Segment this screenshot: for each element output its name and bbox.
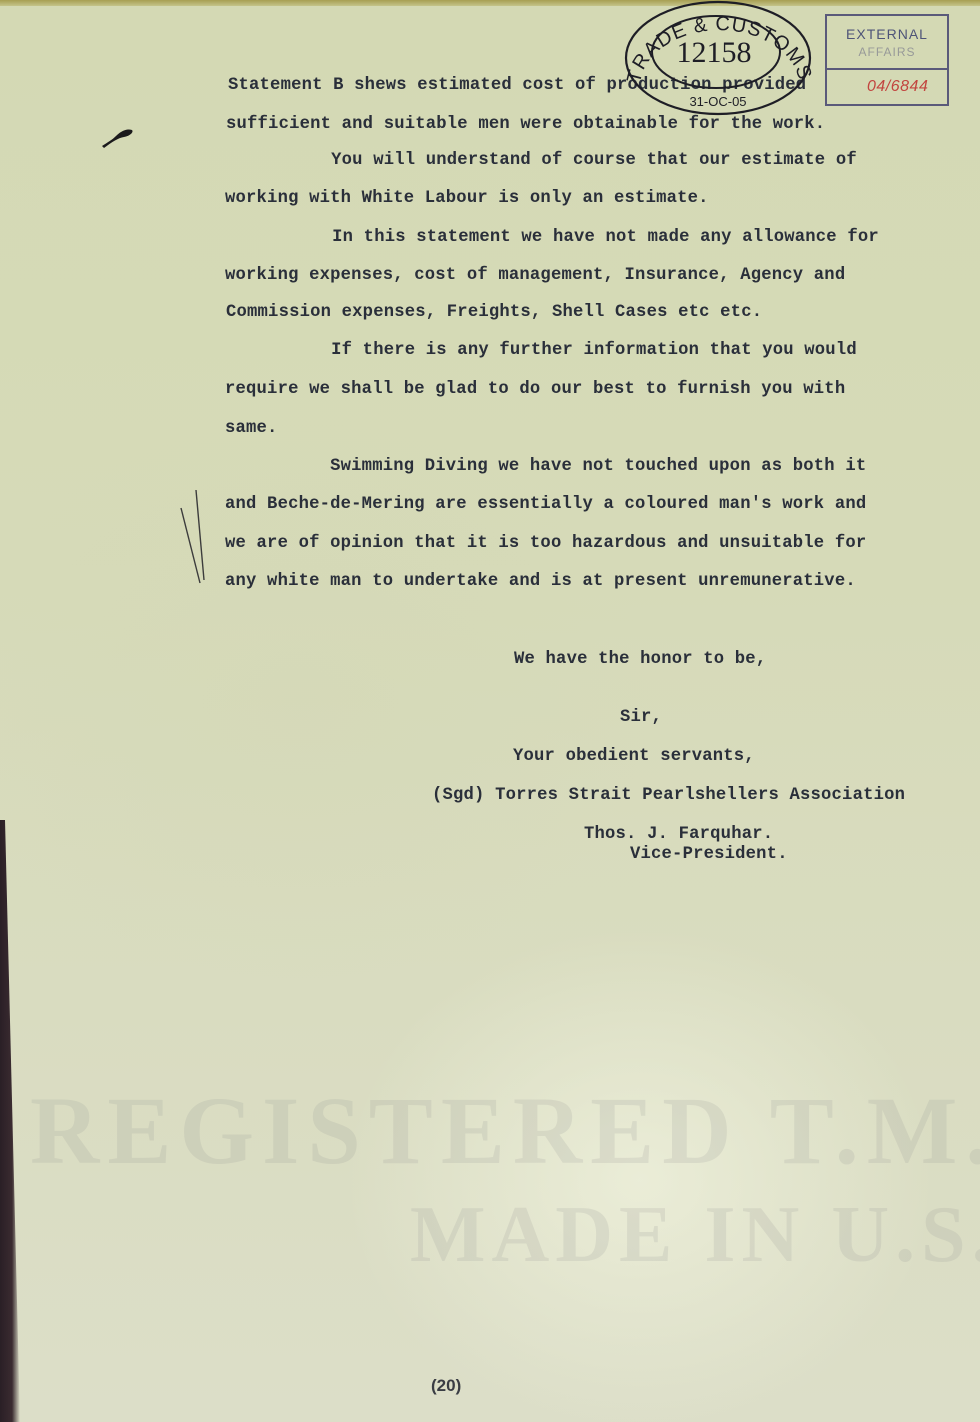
body-line-14: any white man to undertake and is at pre… — [225, 572, 856, 591]
body-line-7: Commission expenses, Freights, Shell Cas… — [226, 303, 762, 322]
watermark-line-1: REGISTERED T.M. — [30, 1075, 980, 1186]
body-line-10: same. — [225, 419, 278, 438]
body-line-12: and Beche-de-Mering are essentially a co… — [225, 495, 866, 514]
body-line-2: sufficient and suitable men were obtaina… — [226, 115, 825, 134]
document-page: REGISTERED T.M. MADE IN U.S.A. Statement… — [0, 0, 980, 1422]
body-line-8: If there is any further information that… — [226, 341, 857, 360]
page-edge-shadow — [0, 820, 20, 1422]
body-line-5: In this statement we have not made any a… — [227, 228, 879, 247]
stamp-reference-number: 04/6844 — [867, 78, 928, 96]
customs-stamp-oval-icon: TRADE & CUSTOMS 12158 31-OC-05 — [622, 0, 814, 116]
signatory-title: Vice-President. — [630, 845, 788, 864]
stamp-line-2: AFFAIRS — [827, 45, 947, 59]
stamp-divider — [827, 68, 947, 70]
closing-salutation: We have the honor to be, — [514, 650, 766, 669]
signatory-name: Thos. J. Farquhar. — [584, 825, 773, 844]
svg-text:12158: 12158 — [677, 36, 752, 69]
ink-blot-icon — [100, 124, 136, 150]
signatory-org: (Sgd) Torres Strait Pearlshellers Associ… — [432, 786, 905, 805]
body-line-4: working with White Labour is only an est… — [225, 189, 709, 208]
body-line-11: Swimming Diving we have not touched upon… — [225, 457, 866, 476]
stamp-line-1: EXTERNAL — [827, 26, 947, 42]
svg-text:31-OC-05: 31-OC-05 — [689, 94, 746, 109]
external-affairs-stamp: EXTERNAL AFFAIRS 04/6844 — [825, 14, 949, 106]
closing-sir: Sir, — [620, 708, 662, 727]
body-line-6: working expenses, cost of management, In… — [225, 266, 845, 285]
watermark-line-2: MADE IN U.S.A. — [410, 1190, 980, 1281]
body-line-13: we are of opinion that it is too hazardo… — [225, 534, 866, 553]
pencil-margin-mark-icon — [178, 488, 208, 588]
closing-valediction: Your obedient servants, — [513, 747, 755, 766]
body-line-9: require we shall be glad to do our best … — [225, 380, 845, 399]
page-number: (20) — [431, 1376, 461, 1396]
body-line-3: You will understand of course that our e… — [226, 151, 857, 170]
paper-top-edge — [0, 0, 980, 6]
customs-stamp: TRADE & CUSTOMS 12158 31-OC-05 — [622, 0, 814, 116]
